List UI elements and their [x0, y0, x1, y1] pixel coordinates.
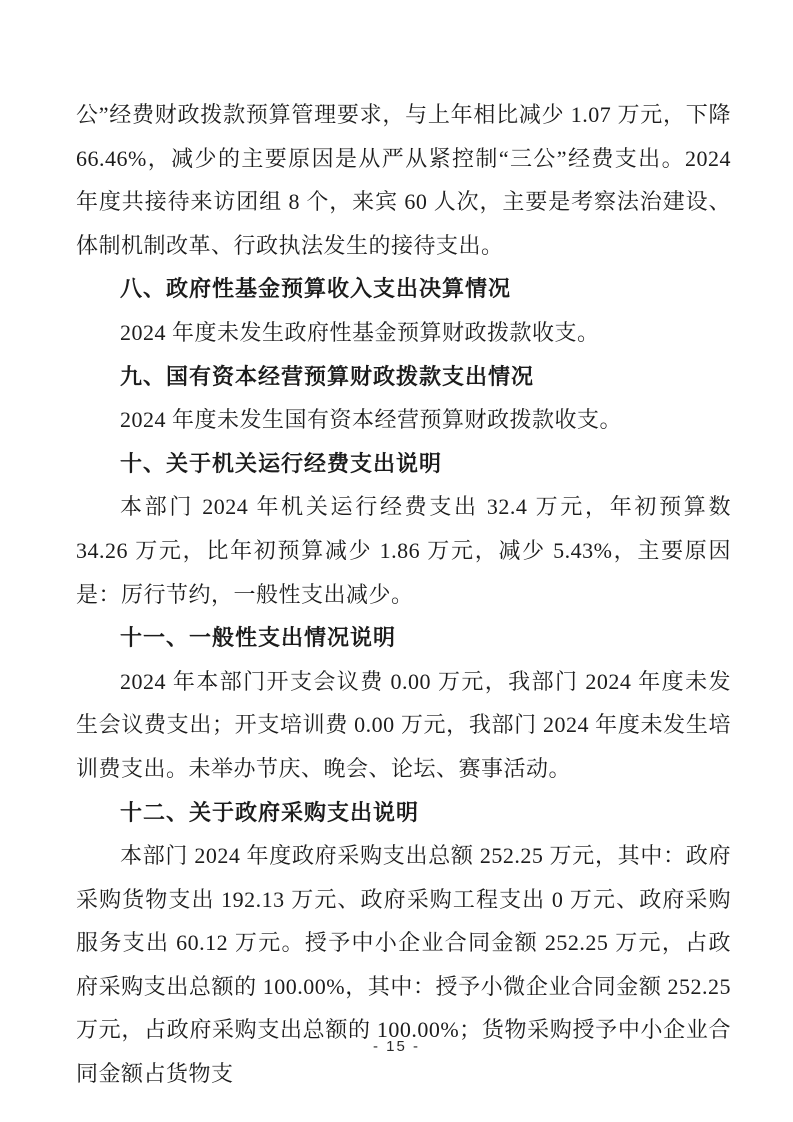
section-heading-10-agency-operating-expenses: 十、关于机关运行经费支出说明	[76, 442, 731, 486]
section-heading-9-state-capital-budget: 九、国有资本经营预算财政拨款支出情况	[76, 355, 731, 399]
section-heading-8-government-fund-budget: 八、政府性基金预算收入支出决算情况	[76, 267, 731, 311]
document-body: 公”经费财政拨款预算管理要求，与上年相比减少 1.07 万元，下降 66.46%…	[76, 93, 731, 1096]
paragraph-government-fund-budget: 2024 年度未发生政府性基金预算财政拨款收支。	[76, 311, 731, 355]
section-heading-11-general-expenditure: 十一、一般性支出情况说明	[76, 616, 731, 660]
paragraph-agency-operating-expenses: 本部门 2024 年机关运行经费支出 32.4 万元，年初预算数 34.26 万…	[76, 485, 731, 616]
document-page: 公”经费财政拨款预算管理要求，与上年相比减少 1.07 万元，下降 66.46%…	[0, 0, 793, 1122]
paragraph-continuation-three-public-funds: 公”经费财政拨款预算管理要求，与上年相比减少 1.07 万元，下降 66.46%…	[76, 93, 731, 267]
paragraph-general-expenditure: 2024 年本部门开支会议费 0.00 万元，我部门 2024 年度未发生会议费…	[76, 660, 731, 791]
section-heading-12-government-procurement: 十二、关于政府采购支出说明	[76, 791, 731, 835]
paragraph-state-capital-budget: 2024 年度未发生国有资本经营预算财政拨款收支。	[76, 398, 731, 442]
page-number: - 15 -	[0, 1037, 793, 1057]
